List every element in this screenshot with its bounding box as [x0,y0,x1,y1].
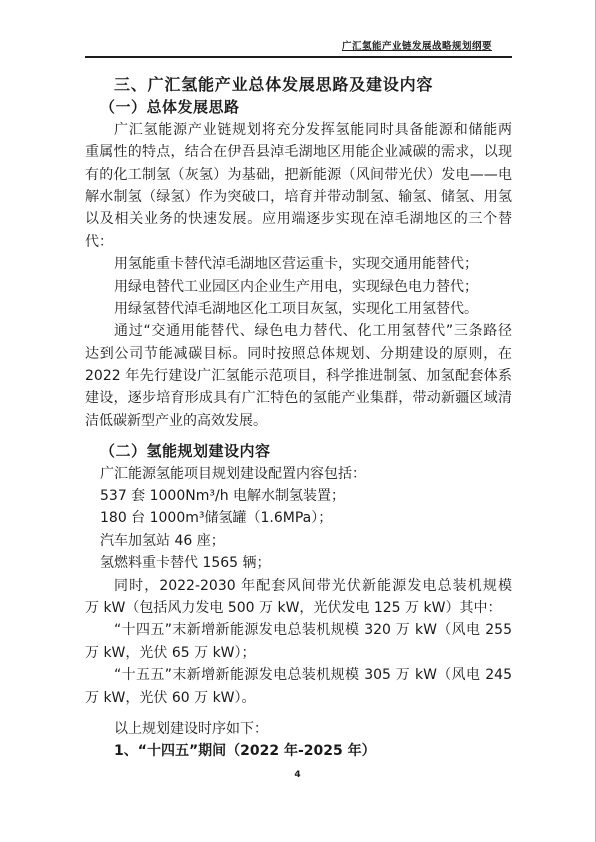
body-line: 广汇能源氢能项目规划建设配置内容包括： [85,463,512,485]
body-line: 同时，2022-2030 年配套风间带光伏新能源发电总装机规模 625 [85,575,512,597]
body-line: 建设，逐步培育形成具有广汇特色的氢能产业集群，带动新疆区域清 [85,387,512,409]
body-line: 代： [85,231,512,253]
body-line: 有的化工制氢（灰氢）为基础，把新能源（风间带光伏）发电——电 [85,164,512,186]
config-item: 537 套 1000Nm³/h 电解水制氢装置； [85,485,512,507]
body-line: 重属性的特点，结合在伊吾县淖毛湖地区用能企业减碳的需求，以现 [85,141,512,163]
page-number: 4 [294,770,300,780]
body-line: “十五五”末新增新能源发电总装机规模 305 万 kW（风电 245 [85,664,512,686]
page-header: 广汇氢能产业链发展战略规划纲要 [85,34,512,58]
substitution-item: 用绿氢替代淖毛湖地区化工项目灰氢，实现化工用氢替代。 [85,298,512,320]
substitution-item: 用氢能重卡替代淖毛湖地区营运重卡，实现交通用能替代； [85,253,512,275]
body-line: “十四五”末新增新能源发电总装机规模 320 万 kW（风电 255 [85,619,512,641]
body-line: 以上规划建设时序如下： [85,718,512,740]
body-line: 2022 年先行建设广汇氢能示范项目，科学推进制氢、加氢配套体系 [85,365,512,387]
phase-1-heading: 1、“十四五”期间（2022 年-2025 年） [85,740,512,762]
page-footer: 4 [0,770,595,780]
body-line: 解水制氢（绿氢）作为突破口，培育并带动制氢、输氢、储氢、用氢 [85,186,512,208]
config-item: 汽车加氢站 46 座； [85,530,512,552]
subsection-1-heading: （一）总体发展思路 [85,96,512,118]
config-item: 180 台 1000m³储氢罐（1.6MPa）； [85,507,512,529]
config-item: 氢燃料重卡替代 1565 辆； [85,552,512,574]
body-line: 达到公司节能减碳目标。同时按照总体规划、分期建设的原则，在 [85,343,512,365]
section-heading: 三、广汇氢能产业总体发展思路及建设内容 [85,74,512,96]
body-line: 万 kW（包括风力发电 500 万 kW，光伏发电 125 万 kW）其中： [85,597,512,619]
body-line: 广汇氢能源产业链规划将充分发挥氢能同时具备能源和储能两 [85,119,512,141]
document-page: 广汇氢能产业链发展战略规划纲要 三、广汇氢能产业总体发展思路及建设内容 （一）总… [0,0,596,842]
running-header-title: 广汇氢能产业链发展战略规划纲要 [342,41,512,52]
body-line: 洁低碳新型产业的高效发展。 [85,410,512,432]
body-line: 万 kW，光伏 65 万 kW）； [85,642,512,664]
document-body: 三、广汇氢能产业总体发展思路及建设内容 （一）总体发展思路 广汇氢能源产业链规划… [85,74,512,763]
subsection-2-heading: （二）氢能规划建设内容 [85,440,512,462]
body-line: 万 kW，光伏 60 万 kW）。 [85,687,512,709]
body-line: 通过“交通用能替代、绿色电力替代、化工用氢替代”三条路径 [85,320,512,342]
body-line: 以及相关业务的快速发展。应用端逐步实现在淖毛湖地区的三个替 [85,208,512,230]
substitution-item: 用绿电替代工业园区内企业生产用电，实现绿色电力替代； [85,276,512,298]
